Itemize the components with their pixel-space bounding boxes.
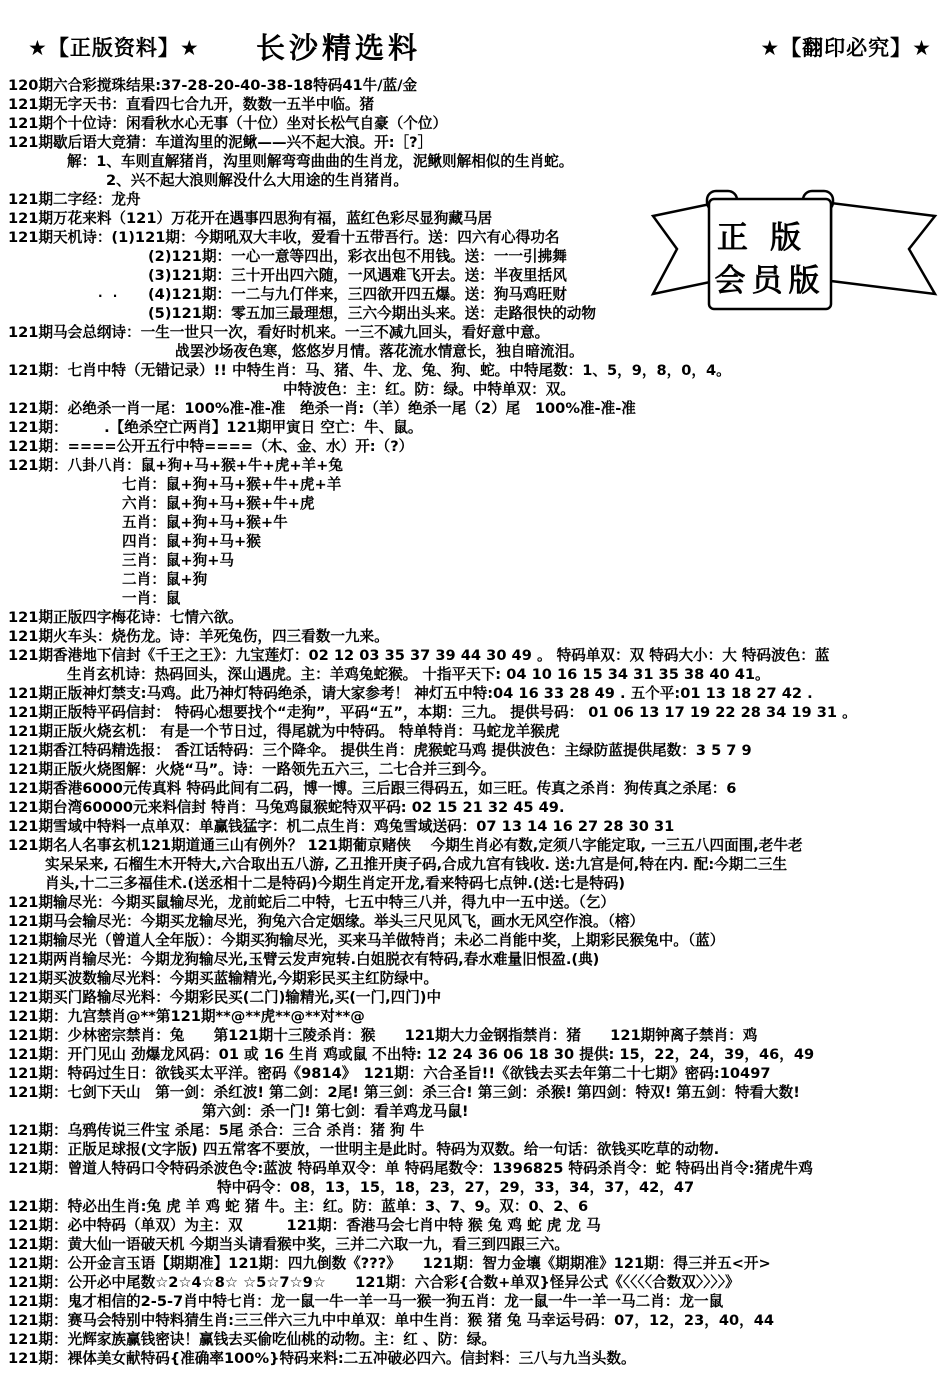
text-line: 121期：七肖中特（无错记录）!! 中特生肖：马、猪、牛、龙、兔、狗、蛇。中特尾…: [8, 361, 942, 380]
text-line: 五肖：鼠+狗+马+猴+牛: [122, 513, 942, 532]
print-artifact-dots: . .: [98, 286, 120, 300]
text-line: 121期正版特平码信封： 特码心想要找个“走狗”，平码“五”，本期：三九。 提供…: [8, 703, 942, 722]
text-line: 121期正版火烧玄机： 有是一个节日过，得尾就为中特码。 特单特肖：马蛇龙羊猴虎: [8, 722, 942, 741]
text-line: 121期：八卦八肖：鼠+狗+马+猴+牛+虎+羊+兔: [8, 456, 942, 475]
text-line: 121期：少林密宗禁肖：兔 第121期十三陵杀肖：猴 121期大力金钢指禁肖：猪…: [8, 1026, 942, 1045]
text-line: 121期：公开必中尾数☆2☆4☆8☆ ☆5☆7☆9☆ 121期：六合彩{合数+单…: [8, 1273, 942, 1292]
text-line: 121期无字天书：直看四七合九开，数数一五半中临。猪: [8, 95, 942, 114]
text-line: 121期：特必出生肖:兔 虎 羊 鸡 蛇 猪 牛。主：红。防：蓝单：3、7、9。…: [8, 1197, 942, 1216]
text-line: 121期买波数输尽光料：今期买蓝输精光,今期彩民买主红防绿中。: [8, 969, 942, 988]
text-line: 121期：特码过生日：欲钱买太平洋。密码《9814》 121期：六合圣旨!!《欲…: [8, 1064, 942, 1083]
lottery-tip-sheet: ★【正版资料】★ 长沙精选料 ★【翻印必究】★ 120期六合彩搅珠结果:37-2…: [0, 0, 944, 1388]
text-line: 121期正版神灯禁支:马鸡。此乃神灯特码绝杀，请大家参考！ 神灯五中特:04 1…: [8, 684, 942, 703]
text-line: 121期马会输尽光：今期买龙输尽光，狗兔六合定姻缘。举头三尺见风飞，画水无风空作…: [8, 912, 942, 931]
text-line: 121期香港6000元传真料 特码此间有二码，博一博。三后跟三得码五，如三旺。传…: [8, 779, 942, 798]
text-line: 实呆呆来, 石榴生木开特大,六合取出五八游, 乙丑推开庚子码,合成九宫有钱收. …: [45, 855, 942, 874]
ribbon-right-tail: [831, 203, 935, 294]
text-line: 四肖：鼠+狗+马+猴: [122, 532, 942, 551]
text-line: 121期：必绝杀一肖一尾：100%准-准-准 绝杀一肖:（羊）绝杀一尾（2）尾 …: [8, 399, 942, 418]
text-line: 121期：九宫禁肖@**第121期**@**虎**@**对**@: [8, 1007, 942, 1026]
text-line: 121期：乌鸦传说三件宝 杀尾：5尾 杀合：三合 杀肖：猪 狗 牛: [8, 1121, 942, 1140]
text-line: 121期： .【绝杀空亡两肖】121期甲寅日 空亡：牛、鼠。: [8, 418, 942, 437]
text-line: 121期：七剑下天山 第一剑：杀红波! 第二剑：2尾! 第三剑：杀三合! 第三剑…: [8, 1083, 942, 1102]
text-line: 121期雪域中特料一点单双：单赢钱猛字：机二点生肖：鸡兔雪域送码：07 13 1…: [8, 817, 942, 836]
text-line: 121期：赛马会特别中特料猜生肖:三三伴六三九中中单双：单中生肖：猴 猪 兔 马…: [8, 1311, 942, 1330]
text-line: 121期：鬼才相信的2-5-7肖中特七肖：龙一鼠一牛一羊一马一猴一狗五肖：龙一鼠…: [8, 1292, 942, 1311]
text-line: 121期台湾60000元来料信封 特肖：马兔鸡鼠猴蛇特双平码: 02 15 21…: [8, 798, 942, 817]
header-right-badge: ★【翻印必究】★: [760, 32, 932, 62]
text-line: 生肖玄机诗：热码回头，深山遇虎。主：羊鸡兔蛇猴。 十指平天下: 04 10 16…: [67, 665, 942, 684]
text-line: 121期：====公开五行中特====（木、金、水）开:（?）: [8, 437, 942, 456]
text-line: 121期：曾道人特码口令特码杀波色令:蓝波 特码单双令：单 特码尾数令：1396…: [8, 1159, 942, 1178]
text-line: 121期：开门见山 劲爆龙风码：01 或 16 生肖 鸡或鼠 不出特: 12 2…: [8, 1045, 942, 1064]
text-line: 121期火车头：烧伤龙。诗：羊死兔伤，四三看数一九来。: [8, 627, 942, 646]
text-line: 七肖：鼠+狗+马+猴+牛+虎+羊: [122, 475, 942, 494]
header: ★【正版资料】★ 长沙精选料 ★【翻印必究】★: [0, 26, 944, 70]
text-line: 第六剑：杀一门! 第七剑：看羊鸡龙马鼠!: [202, 1102, 942, 1121]
text-line: 121期输尽光：今期买鼠输尽光，龙前蛇后二中特，七五中特三八并，得九中一五中送。…: [8, 893, 942, 912]
text-line: 121期：正版足球报(文字版) 四五常客不要放，一世明主是此时。特码为双数。给一…: [8, 1140, 942, 1159]
text-line: 121期输尽光（曾道人全年版）：今期买狗输尽光，买来马羊做特肖；未必二肖能中奖，…: [8, 931, 942, 950]
text-line: 特中码令：08，13，15，18，23，27，29，33，34，37，42，47: [217, 1178, 942, 1197]
text-line: 121期：黄大仙一语破天机 今期当头请看猴中奖，三并二六取一九，看三到四跟三六。: [8, 1235, 942, 1254]
ribbon-text-line2: 会员版: [715, 263, 826, 299]
text-line: 121期买门路输尽光料：今期彩民买(二门)输精光,买(一门,四门)中: [8, 988, 942, 1007]
text-line: 解：1、车则直解猪肖，沟里则解弯弯曲曲的生肖龙，泥鳅则解相似的生肖蛇。: [67, 152, 942, 171]
text-line: 121期歇后语大竞猜：车道沟里的泥鳅——兴不起大浪。开:［?］: [8, 133, 942, 152]
text-line: 121期马会总纲诗：一生一世只一次，看好时机来。一三不减九回头，看好意中意。: [8, 323, 942, 342]
text-line: 121期：必中特码（单双）为主：双 121期：香港马会七肖中特 猴 兔 鸡 蛇 …: [8, 1216, 942, 1235]
text-line: 121期个十位诗：闲看秋水心无事（十位）坐对长松气自豪（个位）: [8, 114, 942, 133]
text-line: 121期香港地下信封《千王之王》：九宝莲灯：02 12 03 35 37 39 …: [8, 646, 942, 665]
membership-ribbon-banner: 正版 会员版: [645, 186, 943, 314]
text-line: 二肖：鼠+狗: [122, 570, 942, 589]
text-line: 中特波色：主：红。防：绿。中特单双：双。: [283, 380, 942, 399]
page-title: 长沙精选料: [256, 26, 421, 67]
text-line: 三肖：鼠+狗+马: [122, 551, 942, 570]
text-line: 肖头,十二三多福佳术.(送丞相十二是特码)今期生肖定开龙,看来特码七点钟.(送:…: [45, 874, 942, 893]
text-line: 一肖：鼠: [122, 589, 942, 608]
text-line: 121期：光辉家族赢钱密诀！赢钱去买偷吃仙桃的动物。主：红 、防：绿。: [8, 1330, 942, 1349]
text-line: 121期正版火烧图解：火烧“马”。诗：一路领先五六三，二七合并三到今。: [8, 760, 942, 779]
text-line: 121期：公开金言玉语【期期准】121期：四九倒数《???》 121期：智力金壤…: [8, 1254, 942, 1273]
header-left-badge: ★【正版资料】★: [28, 32, 200, 62]
text-line: 六肖：鼠+狗+马+猴+牛+虎: [122, 494, 942, 513]
ribbon-text-line1: 正版: [717, 220, 823, 256]
ribbon-left-tail: [653, 203, 715, 294]
text-line: 战罢沙场夜色寒，悠悠岁月情。落花流水情意长，独自暗流泪。: [175, 342, 942, 361]
text-line: 121期香江特码精选报： 香江话特码：三个降伞。 提供生肖：虎猴蛇马鸡 提供波色…: [8, 741, 942, 760]
text-line: 121期正版四字梅花诗：七情六欲。: [8, 608, 942, 627]
text-line: 121期：裸体美女献特码{准确率100%}特码来料:二五冲破必四六。信封料：三八…: [8, 1349, 942, 1368]
text-line: 121期名人名事玄机121期道通三山有例外？ 121期葡京赌侠 今期生肖必有数,…: [8, 836, 942, 855]
text-line: 120期六合彩搅珠结果:37-28-20-40-38-18特码41牛/蓝/金: [8, 76, 942, 95]
text-line: 121期两肖输尽光：今期龙狗输尽光,玉臂云发声宛转.白姐脱衣有特码,春水难量旧恨…: [8, 950, 942, 969]
